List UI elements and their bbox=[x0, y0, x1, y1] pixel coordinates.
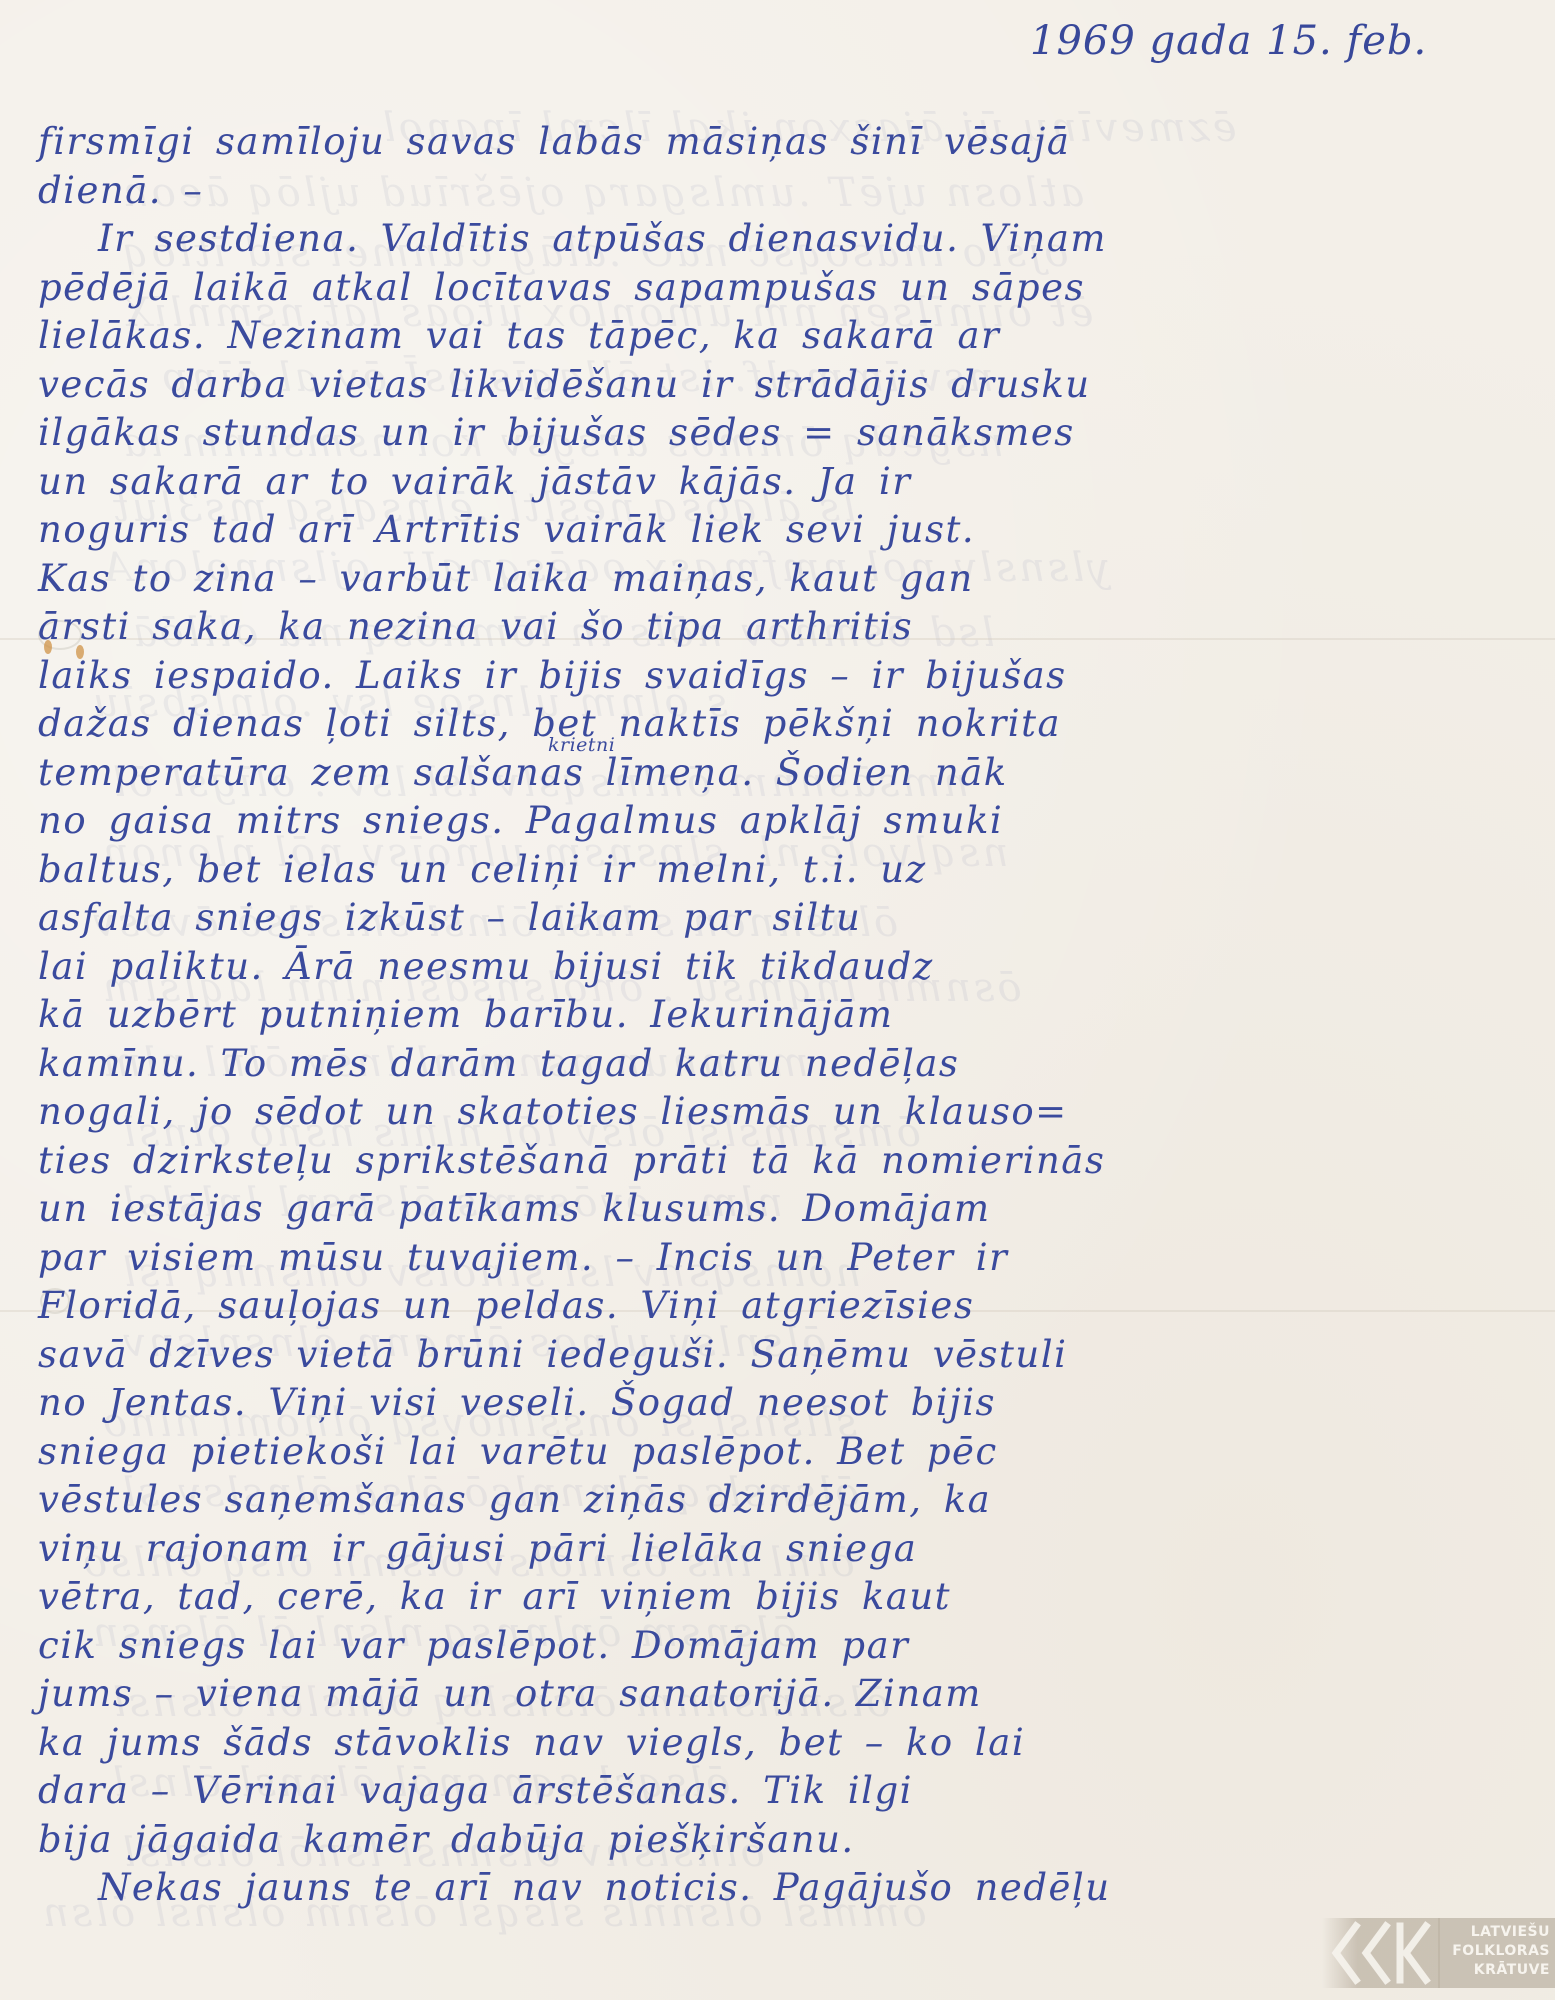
letter-line: firsmīgi samīloju savas labās māsiņas ši… bbox=[38, 118, 1538, 167]
letter-line: Floridā, sauļojas un peldas. Viņi atgrie… bbox=[38, 1282, 1538, 1331]
letter-line: laiks iespaido. Laiks ir bijis svaidīgs … bbox=[38, 652, 1538, 701]
letter-line: Ir sestdiena. Valdītis atpūšas dienasvid… bbox=[38, 215, 1538, 264]
letter-line: sniega pietiekoši lai varētu paslēpot. B… bbox=[38, 1428, 1538, 1477]
letter-line: baltus, bet ielas un celiņi ir melni, t.… bbox=[38, 846, 1538, 895]
letter-line: lai paliktu. Ārā neesmu bijusi tik tikda… bbox=[38, 943, 1538, 992]
letter-line: kamīnu. To mēs darām tagad katru nedēļas bbox=[38, 1040, 1538, 1089]
logo-line: FOLKLORAS bbox=[1450, 1942, 1550, 1961]
letter-line: no Jentas. Viņi visi veseli. Šogad neeso… bbox=[38, 1379, 1538, 1428]
letter-body: firsmīgi samīloju savas labās māsiņas ši… bbox=[38, 118, 1538, 1913]
letter-line: Kas to zina – varbūt laika maiņas, kaut … bbox=[38, 555, 1538, 604]
letter-line: dara – Vērinai vajaga ārstēšanas. Tik il… bbox=[38, 1767, 1538, 1816]
letter-line-with-insertion: krietni temperatūra zem salšanas līmeņa.… bbox=[38, 749, 1538, 798]
logo-line: KRĀTUVE bbox=[1450, 1961, 1550, 1980]
letter-line: no gaisa mitrs sniegs. Pagalmus apklāj s… bbox=[38, 797, 1538, 846]
letter-line: lielākas. Nezinam vai tas tāpēc, ka saka… bbox=[38, 312, 1538, 361]
letter-line: dienā. – bbox=[38, 167, 1538, 216]
letter-line: ilgākas stundas un ir bijušas sēdes = sa… bbox=[38, 409, 1538, 458]
letter-line: jums – viena mājā un otra sanatorijā. Zi… bbox=[38, 1670, 1538, 1719]
letter-line: un iestājas garā patīkams klusums. Domāj… bbox=[38, 1185, 1538, 1234]
letter-line: vētra, tad, cerē, ka ir arī viņiem bijis… bbox=[38, 1573, 1538, 1622]
letter-line: asfalta sniegs izkūst – laikam par siltu bbox=[38, 894, 1538, 943]
letter-line: ārsti saka, ka nezina vai šo tipa arthri… bbox=[38, 603, 1538, 652]
letter-line: kā uzbērt putniņiem barību. Iekurinājām bbox=[38, 991, 1538, 1040]
letter-line: un sakarā ar to vairāk jāstāv kājās. Ja … bbox=[38, 458, 1538, 507]
letter-line: ties dzirksteļu sprikstēšanā prāti tā kā… bbox=[38, 1137, 1538, 1186]
letter-line: pēdējā laikā atkal locītavas sapampušas … bbox=[38, 264, 1538, 313]
letter-line-text: temperatūra zem salšanas līmeņa. Šodien … bbox=[38, 751, 1008, 794]
interlinear-insertion: krietni bbox=[548, 735, 615, 755]
letter-line: nogali, jo sēdot un skatoties liesmās un… bbox=[38, 1088, 1538, 1137]
letter-line: vēstules saņemšanas gan ziņās dzirdējām,… bbox=[38, 1476, 1538, 1525]
letter-line: dažas dienas ļoti silts, bet naktīs pēkš… bbox=[38, 700, 1538, 749]
letter-line: savā dzīves vietā brūni iedeguši. Saņēmu… bbox=[38, 1331, 1538, 1380]
letter-line: vecās darba vietas likvidēšanu ir strādā… bbox=[38, 361, 1538, 410]
letter-line: viņu rajonam ir gājusi pāri lielāka snie… bbox=[38, 1525, 1538, 1574]
letter-line: bija jāgaida kamēr dabūja piešķiršanu. bbox=[38, 1816, 1538, 1865]
letter-date: 1969 gada 15. feb. bbox=[1030, 18, 1427, 64]
logo-line: LATVIEŠU bbox=[1450, 1923, 1550, 1942]
letter-line: noguris tad arī Artrītis vairāk liek sev… bbox=[38, 506, 1538, 555]
lfk-monogram-icon bbox=[1322, 1918, 1440, 1988]
archive-logo-monogram bbox=[1322, 1918, 1440, 1988]
letter-line: par visiem mūsu tuvajiem. – Incis un Pet… bbox=[38, 1234, 1538, 1283]
archive-logo-text: LATVIEŠU FOLKLORAS KRĀTUVE bbox=[1450, 1923, 1550, 1980]
letter-line: cik sniegs lai var paslēpot. Domājam par bbox=[38, 1622, 1538, 1671]
letter-line: ka jums šāds stāvoklis nav viegls, bet –… bbox=[38, 1719, 1538, 1768]
letter-line: Nekas jauns te arī nav noticis. Pagājušo… bbox=[38, 1864, 1538, 1913]
